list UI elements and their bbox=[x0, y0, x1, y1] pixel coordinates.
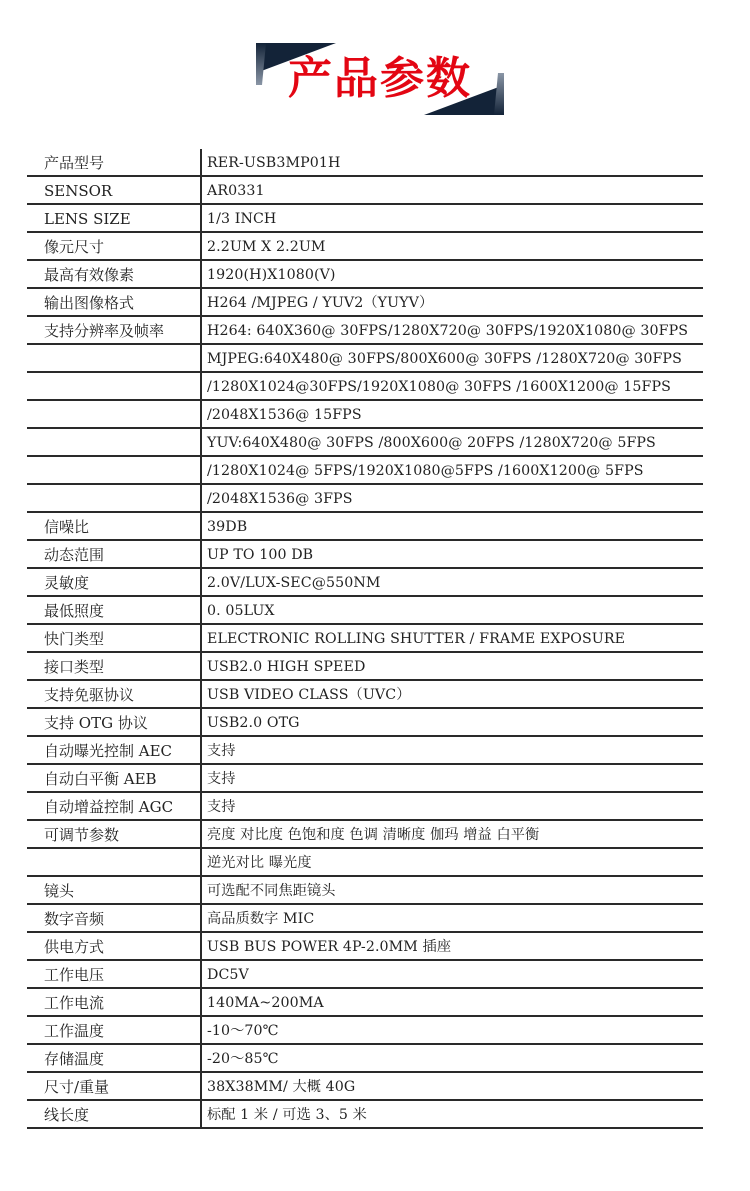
spec-value: 支持 bbox=[202, 765, 703, 791]
spec-label: 线长度 bbox=[27, 1101, 202, 1127]
spec-label bbox=[27, 345, 202, 371]
spec-value: ELECTRONIC ROLLING SHUTTER / FRAME EXPOS… bbox=[202, 625, 703, 651]
spec-label: 存储温度 bbox=[27, 1045, 202, 1071]
spec-label: 工作电压 bbox=[27, 961, 202, 987]
spec-value: 2.2UM X 2.2UM bbox=[202, 233, 703, 259]
table-row: YUV:640X480@ 30FPS /800X600@ 20FPS /1280… bbox=[27, 429, 703, 457]
spec-label bbox=[27, 401, 202, 427]
table-row: 信噪比39DB bbox=[27, 513, 703, 541]
table-row: /1280X1024@ 5FPS/1920X1080@5FPS /1600X12… bbox=[27, 457, 703, 485]
spec-label: 灵敏度 bbox=[27, 569, 202, 595]
spec-value: RER-USB3MP01H bbox=[202, 149, 703, 175]
spec-label: 尺寸/重量 bbox=[27, 1073, 202, 1099]
spec-value: AR0331 bbox=[202, 177, 703, 203]
spec-label: 自动曝光控制 AEC bbox=[27, 737, 202, 763]
spec-label: 支持免驱协议 bbox=[27, 681, 202, 707]
table-row: 线长度标配 1 米 / 可选 3、5 米 bbox=[27, 1101, 703, 1129]
spec-label: 自动增益控制 AGC bbox=[27, 793, 202, 819]
table-row: 最低照度0. 05LUX bbox=[27, 597, 703, 625]
spec-label: LENS SIZE bbox=[27, 205, 202, 231]
spec-value: 可选配不同焦距镜头 bbox=[202, 877, 703, 903]
table-row: 接口类型USB2.0 HIGH SPEED bbox=[27, 653, 703, 681]
spec-label bbox=[27, 849, 202, 875]
table-row: 自动增益控制 AGC支持 bbox=[27, 793, 703, 821]
spec-label bbox=[27, 373, 202, 399]
spec-label: 最高有效像素 bbox=[27, 261, 202, 287]
table-row: 像元尺寸2.2UM X 2.2UM bbox=[27, 233, 703, 261]
table-row: 可调节参数亮度 对比度 色饱和度 色调 清晰度 伽玛 增益 白平衡 bbox=[27, 821, 703, 849]
spec-value: 1/3 INCH bbox=[202, 205, 703, 231]
table-row: 工作电压DC5V bbox=[27, 961, 703, 989]
spec-value: 38X38MM/ 大概 40G bbox=[202, 1073, 703, 1099]
spec-value: /1280X1024@30FPS/1920X1080@ 30FPS /1600X… bbox=[202, 373, 703, 399]
spec-label: 输出图像格式 bbox=[27, 289, 202, 315]
spec-value: MJPEG:640X480@ 30FPS/800X600@ 30FPS /128… bbox=[202, 345, 703, 371]
spec-value: 1920(H)X1080(V) bbox=[202, 261, 703, 287]
spec-value: 逆光对比 曝光度 bbox=[202, 849, 703, 875]
table-row: 存储温度-20～85℃ bbox=[27, 1045, 703, 1073]
table-row: 动态范围UP TO 100 DB bbox=[27, 541, 703, 569]
spec-label: 可调节参数 bbox=[27, 821, 202, 847]
spec-value: -10～70℃ bbox=[202, 1017, 703, 1043]
spec-value: H264 /MJPEG / YUV2（YUYV） bbox=[202, 289, 703, 315]
spec-value: 140MA~200MA bbox=[202, 989, 703, 1015]
spec-label: 最低照度 bbox=[27, 597, 202, 623]
title-banner: 产品参数 bbox=[256, 43, 504, 115]
spec-value: UP TO 100 DB bbox=[202, 541, 703, 567]
table-row: 逆光对比 曝光度 bbox=[27, 849, 703, 877]
table-row: /2048X1536@ 15FPS bbox=[27, 401, 703, 429]
spec-value: USB2.0 OTG bbox=[202, 709, 703, 735]
spec-label: SENSOR bbox=[27, 177, 202, 203]
spec-value: /2048X1536@ 3FPS bbox=[202, 485, 703, 511]
spec-label: 动态范围 bbox=[27, 541, 202, 567]
spec-value: 支持 bbox=[202, 737, 703, 763]
table-row: 工作温度-10～70℃ bbox=[27, 1017, 703, 1045]
spec-label bbox=[27, 429, 202, 455]
spec-label: 接口类型 bbox=[27, 653, 202, 679]
table-row: /2048X1536@ 3FPS bbox=[27, 485, 703, 513]
spec-label: 工作电流 bbox=[27, 989, 202, 1015]
table-row: 数字音频高品质数字 MIC bbox=[27, 905, 703, 933]
spec-value: 39DB bbox=[202, 513, 703, 539]
spec-value: 2.0V/LUX-SEC@550NM bbox=[202, 569, 703, 595]
spec-value: 高品质数字 MIC bbox=[202, 905, 703, 931]
table-row: 自动曝光控制 AEC支持 bbox=[27, 737, 703, 765]
spec-label: 供电方式 bbox=[27, 933, 202, 959]
spec-table: 产品型号RER-USB3MP01HSENSORAR0331LENS SIZE1/… bbox=[27, 149, 703, 1129]
table-row: 支持 OTG 协议USB2.0 OTG bbox=[27, 709, 703, 737]
table-row: LENS SIZE1/3 INCH bbox=[27, 205, 703, 233]
table-row: 支持免驱协议USB VIDEO CLASS（UVC） bbox=[27, 681, 703, 709]
spec-label: 快门类型 bbox=[27, 625, 202, 651]
table-row: 支持分辨率及帧率H264: 640X360@ 30FPS/1280X720@ 3… bbox=[27, 317, 703, 345]
spec-value: /2048X1536@ 15FPS bbox=[202, 401, 703, 427]
table-row: 最高有效像素1920(H)X1080(V) bbox=[27, 261, 703, 289]
spec-label: 镜头 bbox=[27, 877, 202, 903]
spec-label: 工作温度 bbox=[27, 1017, 202, 1043]
table-row: 工作电流140MA~200MA bbox=[27, 989, 703, 1017]
page-title: 产品参数 bbox=[256, 53, 504, 105]
table-row: 供电方式USB BUS POWER 4P-2.0MM 插座 bbox=[27, 933, 703, 961]
spec-value: USB VIDEO CLASS（UVC） bbox=[202, 681, 703, 707]
spec-label: 像元尺寸 bbox=[27, 233, 202, 259]
spec-label bbox=[27, 457, 202, 483]
table-row: /1280X1024@30FPS/1920X1080@ 30FPS /1600X… bbox=[27, 373, 703, 401]
table-row: 自动白平衡 AEB支持 bbox=[27, 765, 703, 793]
spec-value: YUV:640X480@ 30FPS /800X600@ 20FPS /1280… bbox=[202, 429, 703, 455]
spec-label: 支持 OTG 协议 bbox=[27, 709, 202, 735]
spec-label: 支持分辨率及帧率 bbox=[27, 317, 202, 343]
spec-value: USB BUS POWER 4P-2.0MM 插座 bbox=[202, 933, 703, 959]
spec-value: 0. 05LUX bbox=[202, 597, 703, 623]
spec-label: 产品型号 bbox=[27, 149, 202, 175]
spec-value: 标配 1 米 / 可选 3、5 米 bbox=[202, 1101, 703, 1127]
table-row: MJPEG:640X480@ 30FPS/800X600@ 30FPS /128… bbox=[27, 345, 703, 373]
table-row: 镜头可选配不同焦距镜头 bbox=[27, 877, 703, 905]
spec-label: 自动白平衡 AEB bbox=[27, 765, 202, 791]
table-row: 输出图像格式H264 /MJPEG / YUV2（YUYV） bbox=[27, 289, 703, 317]
table-row: SENSORAR0331 bbox=[27, 177, 703, 205]
spec-value: 亮度 对比度 色饱和度 色调 清晰度 伽玛 增益 白平衡 bbox=[202, 821, 703, 847]
spec-label: 信噪比 bbox=[27, 513, 202, 539]
spec-value: /1280X1024@ 5FPS/1920X1080@5FPS /1600X12… bbox=[202, 457, 703, 483]
table-row: 灵敏度2.0V/LUX-SEC@550NM bbox=[27, 569, 703, 597]
spec-value: 支持 bbox=[202, 793, 703, 819]
table-row: 尺寸/重量38X38MM/ 大概 40G bbox=[27, 1073, 703, 1101]
spec-value: USB2.0 HIGH SPEED bbox=[202, 653, 703, 679]
spec-value: H264: 640X360@ 30FPS/1280X720@ 30FPS/192… bbox=[202, 317, 703, 343]
spec-value: -20～85℃ bbox=[202, 1045, 703, 1071]
spec-label bbox=[27, 485, 202, 511]
spec-label: 数字音频 bbox=[27, 905, 202, 931]
spec-value: DC5V bbox=[202, 961, 703, 987]
table-row: 产品型号RER-USB3MP01H bbox=[27, 149, 703, 177]
table-row: 快门类型ELECTRONIC ROLLING SHUTTER / FRAME E… bbox=[27, 625, 703, 653]
